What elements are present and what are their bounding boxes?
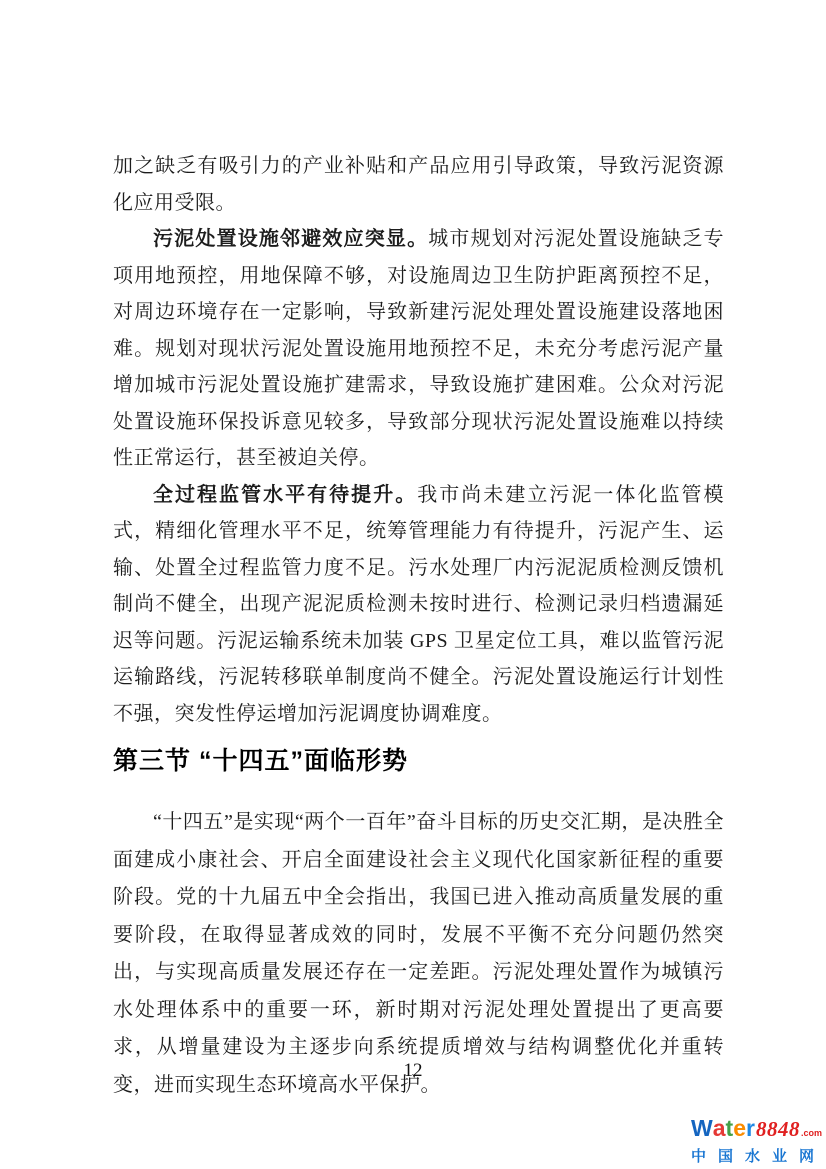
brand-letter-a: a xyxy=(713,1116,726,1140)
paragraph-lead-bold: 全过程监管水平有待提升。 xyxy=(153,484,417,506)
paragraph-text: 城市规划对污泥处置设施缺乏专项用地预控，用地保障不够，对设施周边卫生防护距离预控… xyxy=(113,228,724,469)
paragraph-text: “十四五”是实现“两个一百年”奋斗目标的历史交汇期，是决胜全面建成小康社会、开启… xyxy=(113,811,724,1096)
paragraph-continuation: 加之缺乏有吸引力的产业补贴和产品应用引导政策，导致污泥资源化应用受限。 xyxy=(113,148,724,221)
paragraph-14th-five-year: “十四五”是实现“两个一百年”奋斗目标的历史交汇期，是决胜全面建成小康社会、开启… xyxy=(113,804,724,1104)
watermark-brand-line: W a t e r 8848 .com xyxy=(691,1116,821,1142)
brand-number-8848: 8848 xyxy=(756,1117,800,1142)
brand-letter-r: r xyxy=(746,1116,755,1140)
paragraph-lead-bold: 污泥处置设施邻避效应突显。 xyxy=(153,228,428,250)
paragraph-nimby-effect: 污泥处置设施邻避效应突显。城市规划对污泥处置设施缺乏专项用地预控，用地保障不够，… xyxy=(113,221,724,477)
document-page: 加之缺乏有吸引力的产业补贴和产品应用引导政策，导致污泥资源化应用受限。 污泥处置… xyxy=(0,0,826,1169)
brand-letter-t: t xyxy=(726,1116,734,1140)
watermark-subtitle-cn: 中国水业网 xyxy=(691,1145,826,1166)
brand-letter-e: e xyxy=(733,1116,746,1140)
water8848-watermark-logo: W a t e r 8848 .com 中国水业网 xyxy=(691,1116,821,1166)
section-heading: 第三节 “十四五”面临形势 xyxy=(113,745,724,778)
paragraph-text: 我市尚未建立污泥一体化监管模式，精细化管理水平不足，统筹管理能力有待提升，污泥产… xyxy=(113,484,724,725)
page-number: 12 xyxy=(0,1060,826,1082)
brand-letter-w: W xyxy=(691,1116,713,1140)
paragraph-text: 加之缺乏有吸引力的产业补贴和产品应用引导政策，导致污泥资源化应用受限。 xyxy=(113,155,724,214)
brand-tld-com: .com xyxy=(801,1128,822,1138)
paragraph-supervision: 全过程监管水平有待提升。我市尚未建立污泥一体化监管模式，精细化管理水平不足，统筹… xyxy=(113,477,724,733)
body-text-block: 加之缺乏有吸引力的产业补贴和产品应用引导政策，导致污泥资源化应用受限。 污泥处置… xyxy=(113,148,724,1104)
